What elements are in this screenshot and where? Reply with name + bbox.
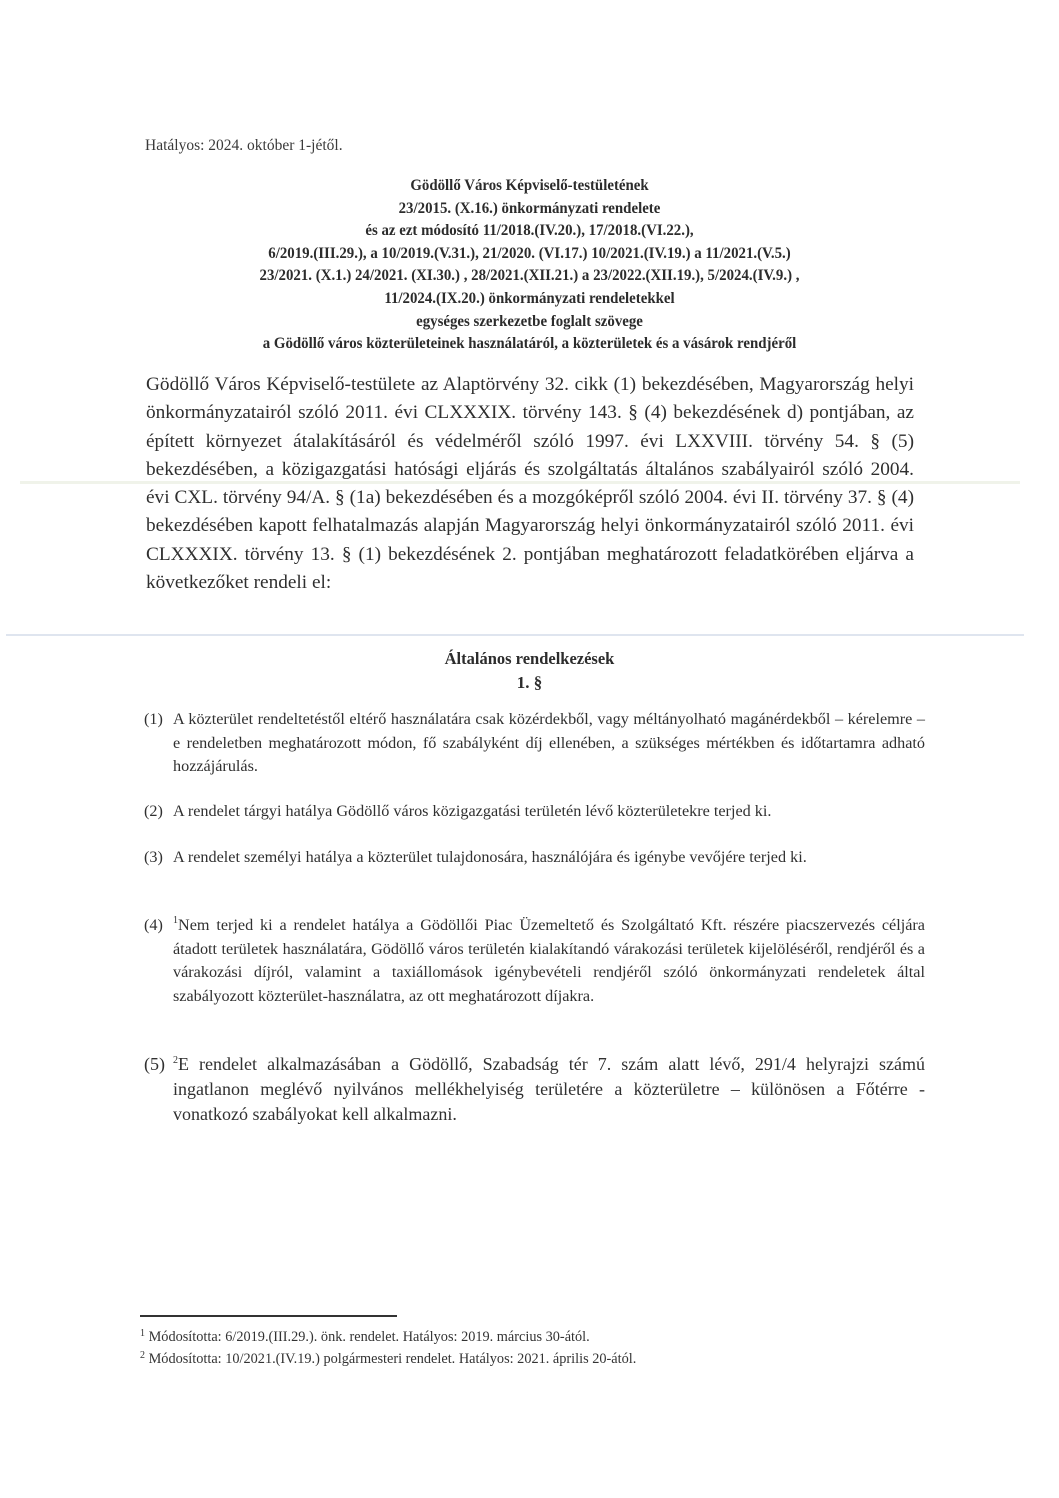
- footnotes: 1 Módosította: 6/2019.(III.29.). önk. re…: [140, 1326, 636, 1370]
- document-page: Hatályos: 2024. október 1-jétől. Gödöllő…: [0, 0, 1059, 1498]
- paragraph-5: (5) 2E rendelet alkalmazásában a Gödöllő…: [173, 1052, 925, 1127]
- title-line: a Gödöllő város közterületeinek használa…: [130, 333, 929, 356]
- paragraph-1: (1) A közterület rendeltetéstől eltérő h…: [173, 708, 925, 779]
- paragraph-text: Nem terjed ki a rendelet hatálya a Gödöl…: [173, 916, 925, 1005]
- paragraph-text: E rendelet alkalmazásában a Gödöllő, Sza…: [173, 1054, 925, 1124]
- footnote: 1 Módosította: 6/2019.(III.29.). önk. re…: [140, 1326, 636, 1348]
- paragraph-3: (3) A rendelet személyi hatálya a közter…: [173, 846, 925, 870]
- title-line: Gödöllő Város Képviselő-testületének: [130, 175, 929, 198]
- title-line: és az ezt módosító 11/2018.(IV.20.), 17/…: [130, 220, 929, 243]
- title-line: 23/2015. (X.16.) önkormányzati rendelete: [130, 198, 929, 221]
- paragraph-4: (4) 1Nem terjed ki a rendelet hatálya a …: [173, 914, 925, 1008]
- footnote-number: 2: [140, 1350, 145, 1361]
- footnote-separator: [140, 1315, 397, 1317]
- footnote: 2 Módosította: 10/2021.(IV.19.) polgárme…: [140, 1348, 636, 1370]
- title-line: 6/2019.(III.29.), a 10/2019.(V.31.), 21/…: [130, 243, 929, 266]
- paragraph-number: (4): [144, 914, 163, 938]
- preamble-paragraph: Gödöllő Város Képviselő-testülete az Ala…: [146, 371, 914, 597]
- paragraph-number: (5): [144, 1052, 165, 1077]
- title-line: 11/2024.(IX.20.) önkormányzati rendelete…: [130, 288, 929, 311]
- paragraph-2: (2) A rendelet tárgyi hatálya Gödöllő vá…: [173, 800, 925, 824]
- footnote-number: 1: [140, 1328, 145, 1339]
- scan-artifact-line: [20, 481, 1020, 484]
- paragraph-text: A közterület rendeltetéstől eltérő haszn…: [173, 710, 925, 775]
- section-heading: Általános rendelkezések: [100, 648, 959, 670]
- paragraph-text: A rendelet személyi hatálya a közterület…: [173, 848, 807, 866]
- title-line: 23/2021. (X.1.) 24/2021. (XI.30.) , 28/2…: [130, 265, 929, 288]
- scan-artifact-line: [6, 634, 1024, 636]
- footnote-text: Módosította: 6/2019.(III.29.). önk. rend…: [149, 1329, 590, 1345]
- paragraph-number: (2): [144, 800, 163, 824]
- title-line: egységes szerkezetbe foglalt szövege: [130, 311, 929, 334]
- paragraph-text: A rendelet tárgyi hatálya Gödöllő város …: [173, 802, 771, 820]
- effective-date-note: Hatályos: 2024. október 1-jétől.: [145, 137, 343, 155]
- paragraph-number: (3): [144, 846, 163, 870]
- footnote-text: Módosította: 10/2021.(IV.19.) polgármest…: [149, 1351, 637, 1367]
- section-number: 1. §: [100, 673, 959, 693]
- paragraph-number: (1): [144, 708, 163, 732]
- document-title: Gödöllő Város Képviselő-testületének 23/…: [130, 175, 929, 356]
